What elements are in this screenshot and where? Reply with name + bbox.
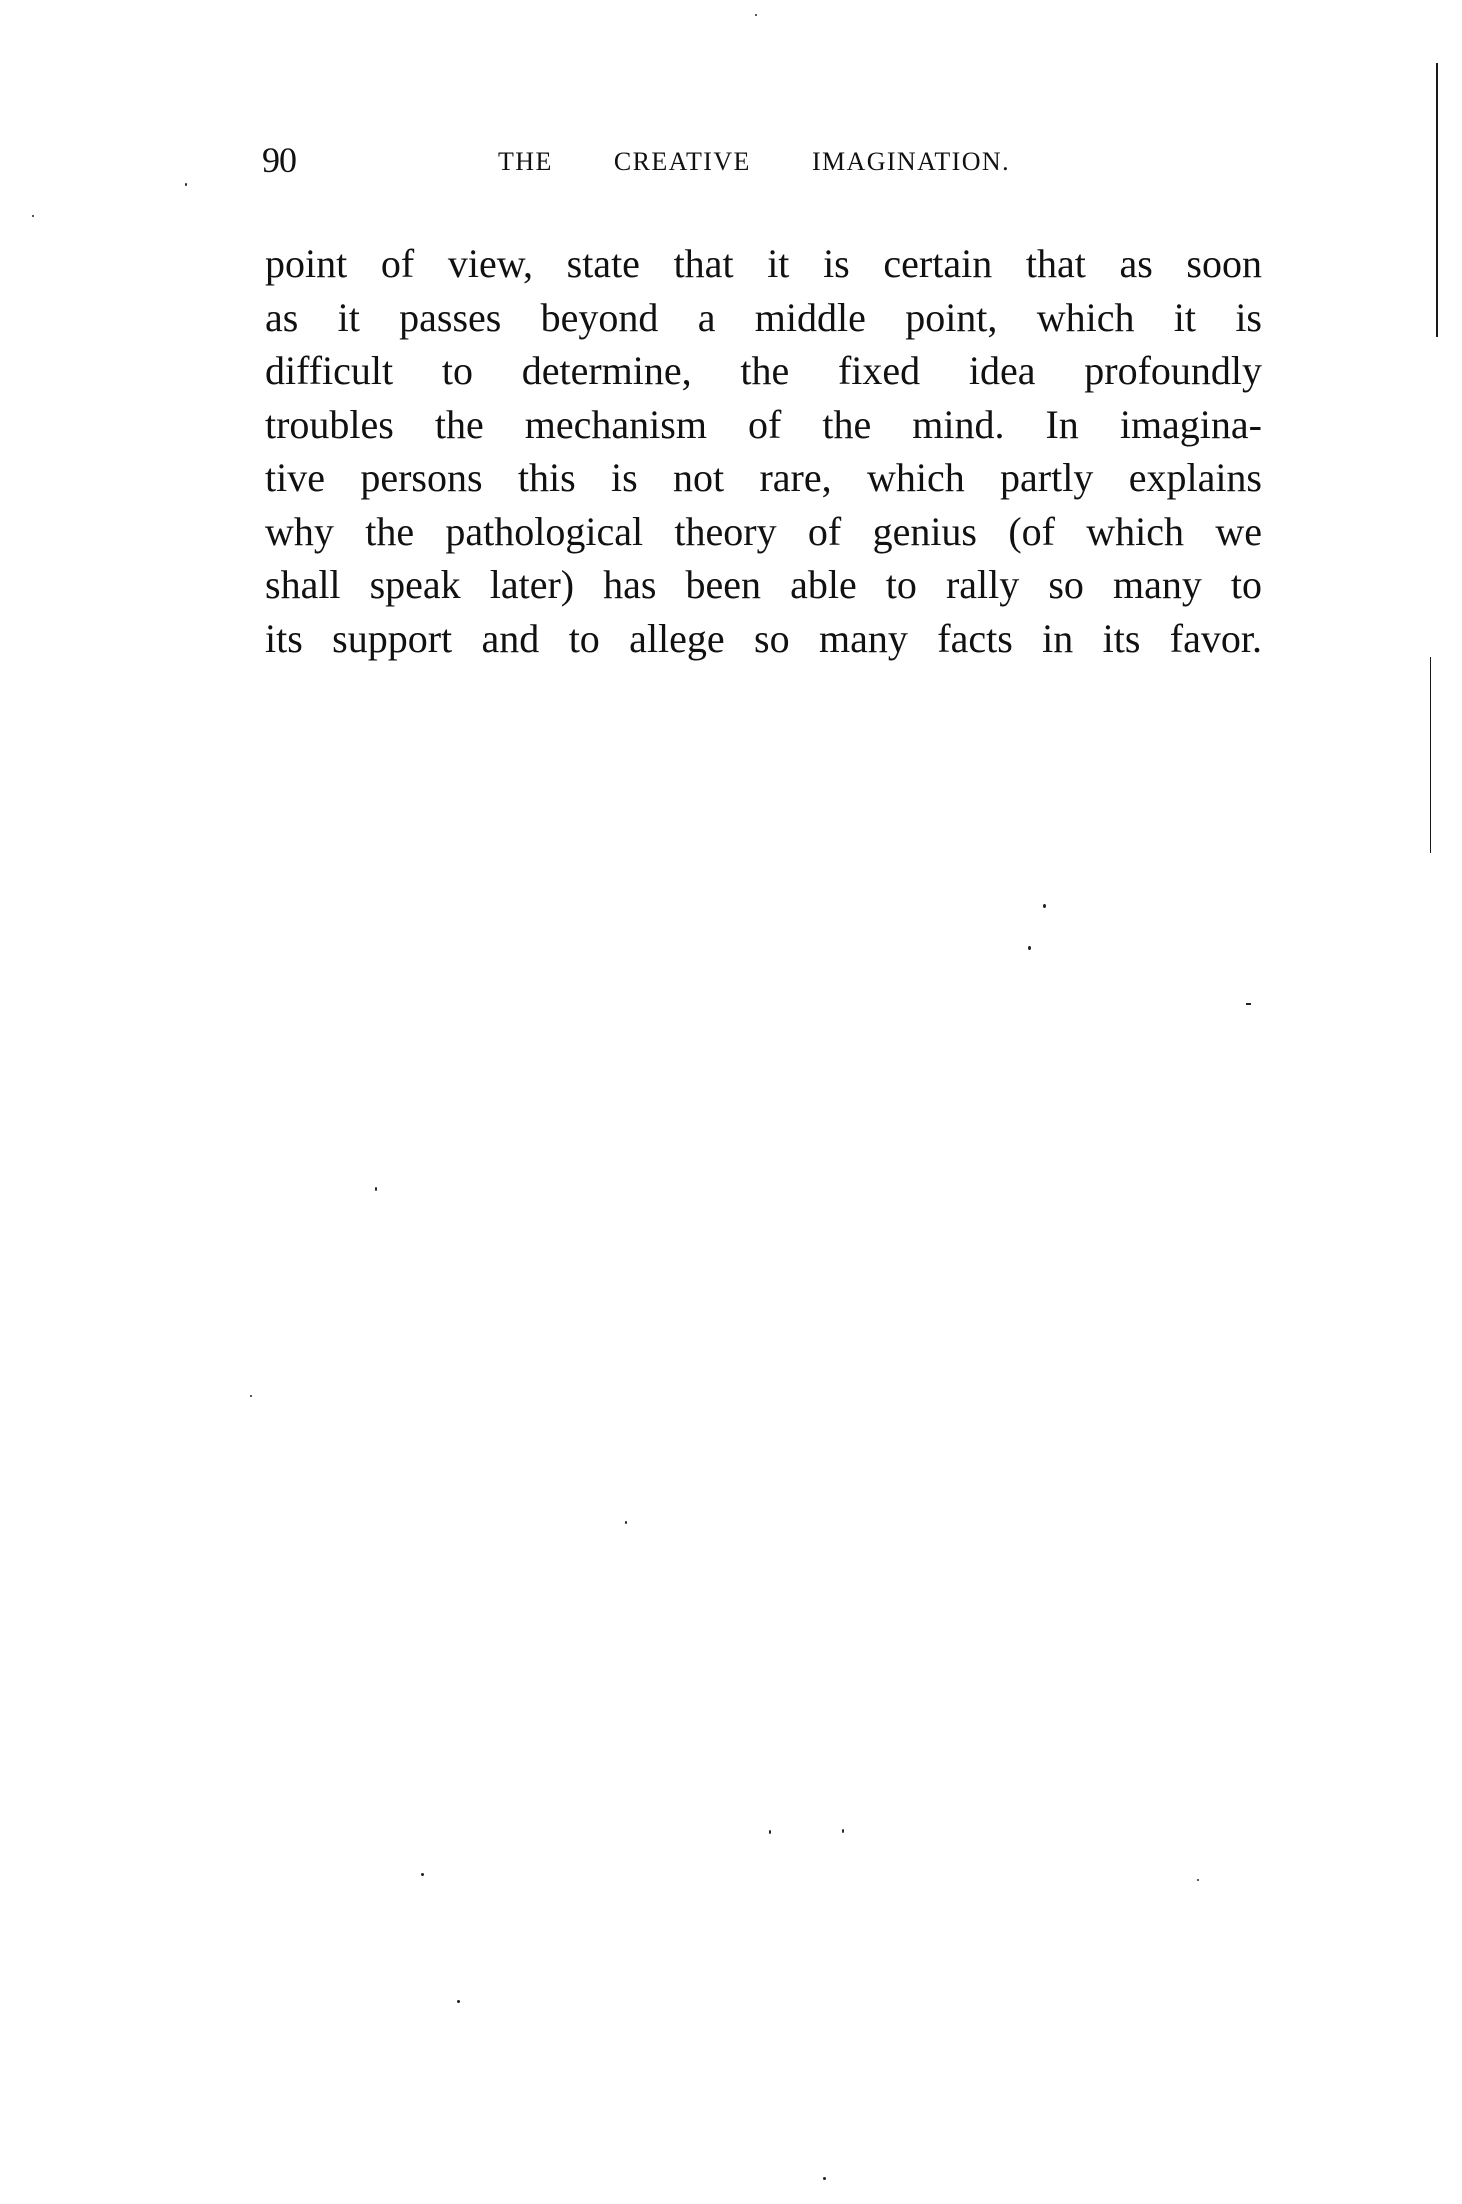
text-line: point of view, state that it is certain …: [265, 237, 1262, 291]
running-head: 90 THE CREATIVE IMAGINATION.: [262, 140, 1262, 180]
scan-speck: [250, 1395, 252, 1397]
scan-speck: [1197, 1879, 1199, 1881]
text-line: its support and to allege so many facts …: [265, 612, 1262, 666]
text-line: why the pathological theory of genius (o…: [265, 505, 1262, 559]
scan-speck: [842, 1829, 844, 1833]
scan-speck: [1028, 946, 1031, 950]
text-line: difficult to determine, the fixed idea p…: [265, 344, 1262, 398]
page-edge-line: [1436, 63, 1438, 337]
scan-speck: [1246, 1003, 1251, 1005]
text-line: as it passes beyond a middle point, whic…: [265, 291, 1262, 345]
scan-speck: [755, 14, 757, 16]
scan-speck: [185, 183, 187, 186]
book-page: 90 THE CREATIVE IMAGINATION. point of vi…: [0, 0, 1462, 2204]
scan-speck: [1043, 904, 1046, 908]
text-line: tive persons this is not rare, which par…: [265, 451, 1262, 505]
running-title: THE CREATIVE IMAGINATION.: [498, 144, 1010, 180]
text-line: troubles the mechanism of the mind. In i…: [265, 398, 1262, 452]
scan-speck: [769, 1830, 771, 1834]
scan-speck: [32, 215, 34, 217]
scan-speck: [375, 1187, 377, 1191]
scan-speck: [421, 1873, 424, 1876]
scan-speck: [625, 1521, 627, 1524]
page-edge-line: [1430, 657, 1431, 853]
scan-speck: [823, 2177, 826, 2180]
page-number: 90: [262, 140, 296, 180]
text-line: shall speak later) has been able to rall…: [265, 558, 1262, 612]
scan-speck: [457, 2000, 460, 2003]
body-paragraph: point of view, state that it is certain …: [265, 237, 1262, 665]
